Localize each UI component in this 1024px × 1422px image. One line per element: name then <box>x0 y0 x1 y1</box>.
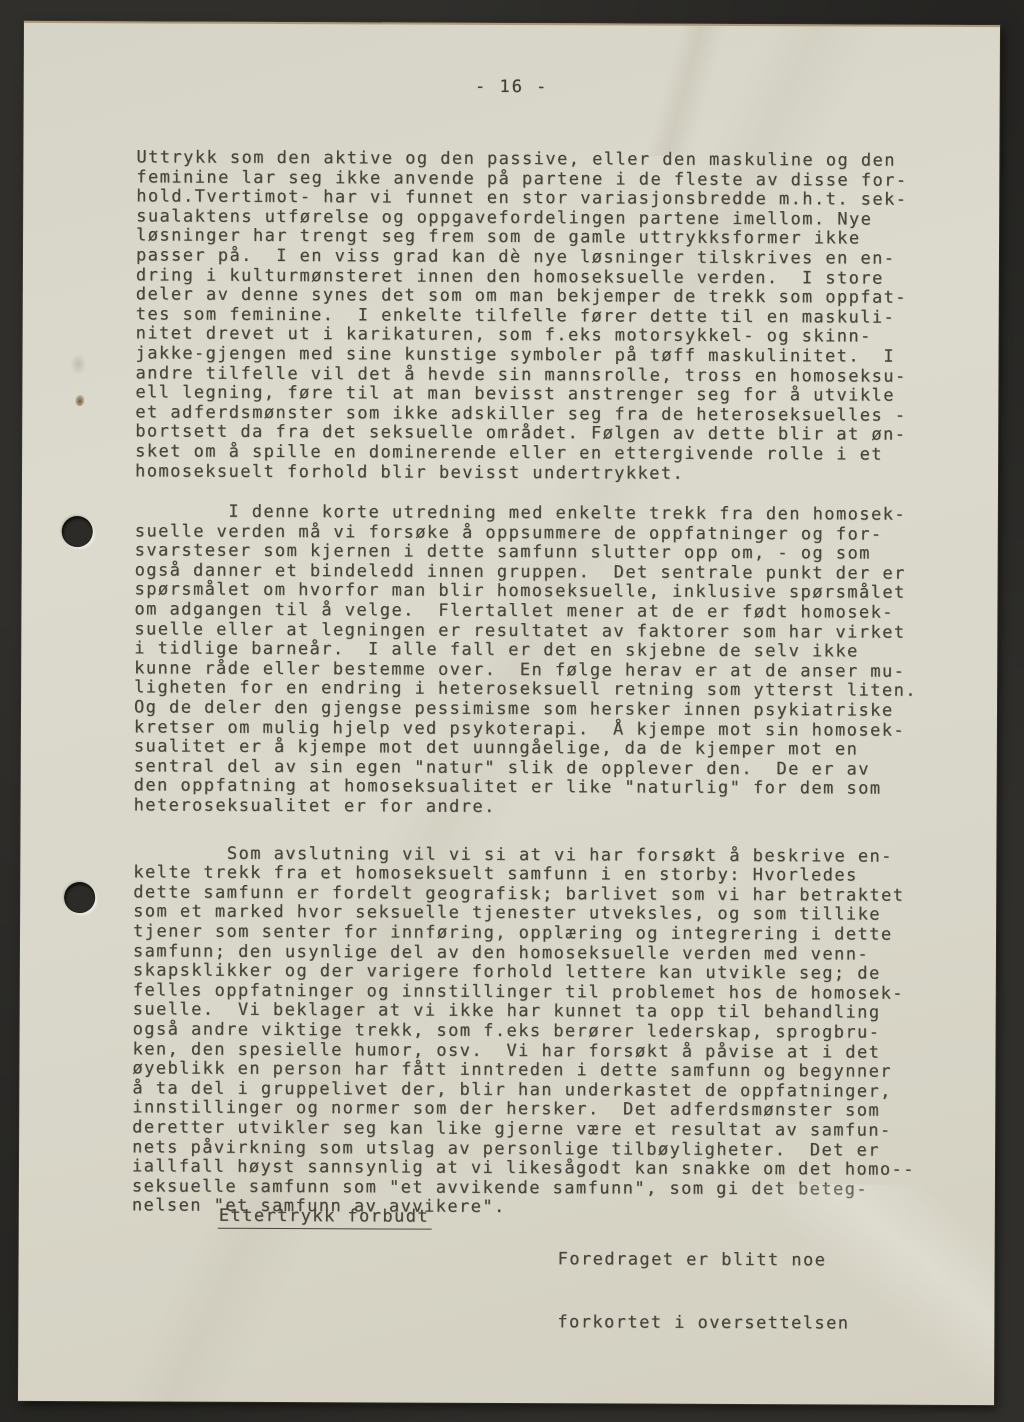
paper-speck <box>75 395 84 406</box>
paragraph: Som avslutning vil vi si at vi har forsø… <box>132 844 944 1220</box>
reprint-forbidden-notice: Ettertrykk forbudt <box>218 1206 432 1230</box>
page-number: - 16 - <box>24 75 1000 99</box>
punch-hole-bottom <box>64 882 95 913</box>
translation-note-line: forkortet i oversettelsen <box>557 1312 849 1334</box>
document-footer: Ettertrykk forbudt Foredraget er blitt n… <box>19 1205 995 1269</box>
text-line: heteroseksualitet er for andre. <box>134 796 944 819</box>
paragraph: Uttrykk som den aktive og den passive, e… <box>135 148 946 485</box>
translation-note: Foredraget er blitt noe forkortet i over… <box>557 1207 850 1376</box>
paper-smudge <box>70 353 86 375</box>
document-page: - 16 - Uttrykk som den aktive og den pas… <box>18 21 1000 1405</box>
punch-hole-top <box>62 516 93 547</box>
text-line: homoseksuelt forhold blir bevisst undert… <box>135 462 945 485</box>
scan-backdrop: - 16 - Uttrykk som den aktive og den pas… <box>0 0 1024 1422</box>
paragraph: I denne korte utredning med enkelte trek… <box>134 502 945 819</box>
document-body: Uttrykk som den aktive og den passive, e… <box>132 148 947 1219</box>
translation-note-line: Foredraget er blitt noe <box>558 1249 850 1271</box>
